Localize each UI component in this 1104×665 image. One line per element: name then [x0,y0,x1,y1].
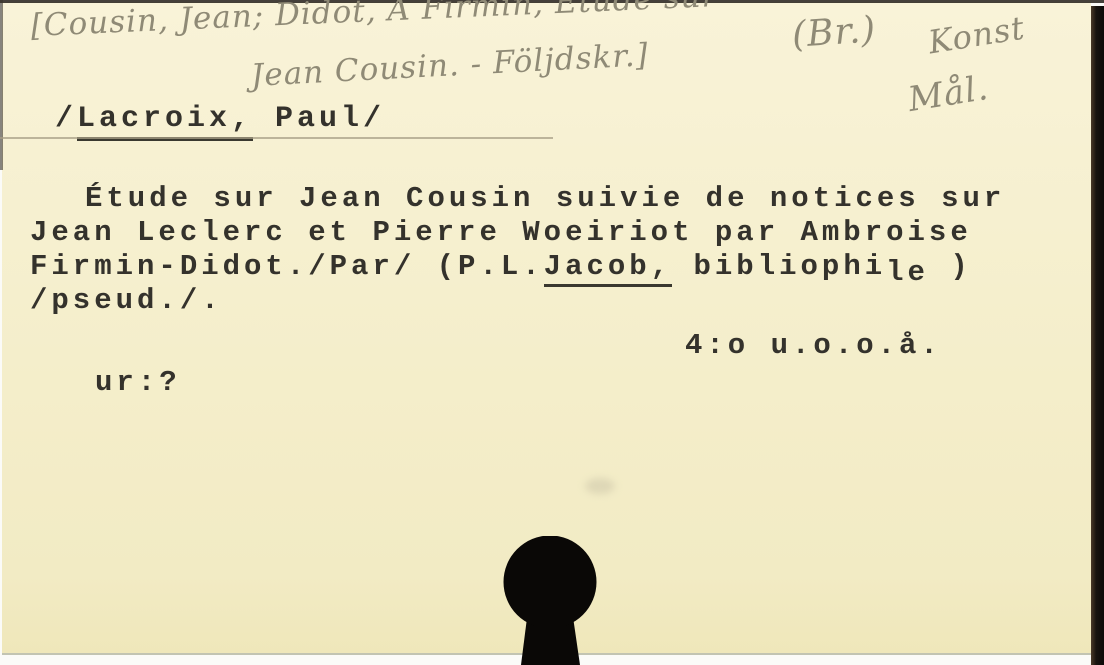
title-line-3: Firmin-Didot./Par/ (P.L.Jacob, bibliophi… [30,250,972,283]
scan-left-edge [0,0,3,170]
title-line-3-after: bibliophi [672,250,886,283]
card-smudge [585,478,615,494]
title-line-3-dropped-le: le [886,256,929,289]
title-line-3-close: ) [929,250,972,283]
title-line-3-jacob: Jacob, [544,250,672,287]
heading-surname: Lacroix, [77,102,253,141]
handwritten-binding-note: (Br.) [791,9,878,56]
heading-rest: Paul/ [253,102,385,136]
title-line-1: Étude sur Jean Cousin suivie de notices … [85,182,1005,215]
heading-author: /Lacroix, Paul/ [55,102,385,136]
title-line-3-before: Firmin-Didot./Par/ (P.L. [30,250,544,283]
catalog-card-scan: [Cousin, Jean; Didot, A Firmin, Étude su… [0,0,1104,665]
title-line-2: Jean Leclerc et Pierre Woeiriot par Ambr… [30,216,972,249]
rod-hole-keyhole [490,536,610,665]
heading-open-slash: / [55,102,77,136]
heading-rule-line [0,137,553,139]
format-statement: 4:o u.o.o.å. [685,329,942,362]
holdings-note: ur:? [95,366,181,399]
binder-right-edge [1091,6,1104,665]
title-line-4: /pseud./. [30,284,223,317]
